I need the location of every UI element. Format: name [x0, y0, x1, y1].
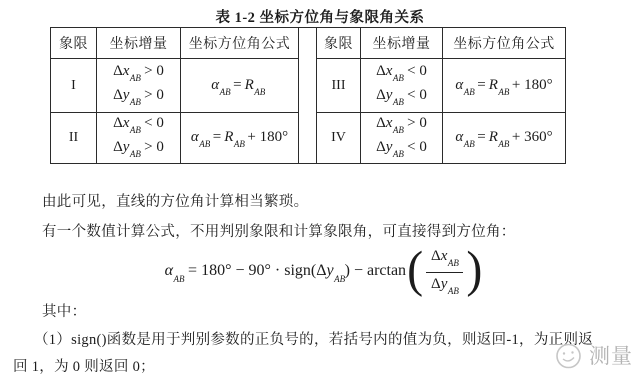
header-quadrant-right: 象限 [317, 28, 361, 59]
formula-left-part: αAB = 180° − 90° · sign(ΔyAB) − arctan [165, 262, 406, 281]
quadrant-IV: IV [317, 113, 361, 164]
azimuth-formula-cell-III: αAB=RAB+ 180° [443, 59, 566, 113]
watermark-label: 测量 [589, 340, 633, 370]
delta-x-condition: ΔxAB > 0 [361, 114, 442, 138]
azimuth-quadrant-table: 象限 坐标增量 坐标方位角公式 象限 坐标增量 坐标方位角公式 I ΔxAB >… [50, 27, 566, 164]
watermark-logo-icon [555, 342, 582, 369]
table-gap-column [299, 28, 317, 164]
fraction-numerator: ΔxAB [426, 247, 463, 273]
header-increment-right: 坐标增量 [361, 28, 443, 59]
delta-x-condition: ΔxAB > 0 [97, 62, 180, 86]
increment-cell-I: ΔxAB > 0 ΔyAB > 0 [97, 59, 181, 113]
increment-cell-II: ΔxAB < 0 ΔyAB > 0 [97, 113, 181, 164]
fraction-denominator: ΔyAB [426, 273, 463, 298]
paragraph-remark: 由此可见，直线的方位角计算相当繁琐。 [42, 190, 308, 211]
delta-y-condition: ΔyAB < 0 [361, 138, 442, 162]
item1-line1: （1）sign()函数是用于判别参数的正负号的，若括号内的值为负，则返回-1，为… [34, 328, 593, 349]
delta-y-condition: ΔyAB > 0 [97, 86, 180, 110]
increment-cell-IV: ΔxAB > 0 ΔyAB < 0 [361, 113, 443, 164]
close-paren: ) [466, 245, 482, 295]
header-increment-left: 坐标增量 [97, 28, 181, 59]
quadrant-III: III [317, 59, 361, 113]
paragraph-where: 其中： [42, 300, 86, 321]
azimuth-formula-cell-II: αAB=RAB+ 180° [181, 113, 299, 164]
header-quadrant-left: 象限 [51, 28, 97, 59]
watermark: 测量 [555, 340, 633, 370]
quadrant-I: I [51, 59, 97, 113]
numeric-azimuth-formula: αAB = 180° − 90° · sign(ΔyAB) − arctan (… [0, 245, 640, 299]
azimuth-formula-cell-I: αAB=RAB [181, 59, 299, 113]
delta-y-condition: ΔyAB > 0 [97, 138, 180, 162]
header-formula-left: 坐标方位角公式 [181, 28, 299, 59]
quadrant-II: II [51, 113, 97, 164]
fraction: ΔxAB ΔyAB [426, 247, 463, 298]
delta-y-condition: ΔyAB < 0 [361, 86, 442, 110]
delta-x-condition: ΔxAB < 0 [97, 114, 180, 138]
item1-line2: 回 1，为 0 则返回 0； [13, 355, 155, 376]
table-caption: 表 1-2 坐标方位角与象限角关系 [0, 6, 640, 27]
table-header-row: 象限 坐标增量 坐标方位角公式 象限 坐标增量 坐标方位角公式 [51, 28, 566, 59]
paragraph-intro: 有一个数值计算公式，不用判别象限和计算象限角，可直接得到方位角： [42, 220, 516, 241]
header-formula-right: 坐标方位角公式 [443, 28, 566, 59]
increment-cell-III: ΔxAB < 0 ΔyAB < 0 [361, 59, 443, 113]
azimuth-formula-cell-IV: αAB=RAB+ 360° [443, 113, 566, 164]
delta-x-condition: ΔxAB < 0 [361, 62, 442, 86]
open-paren: ( [407, 245, 423, 295]
